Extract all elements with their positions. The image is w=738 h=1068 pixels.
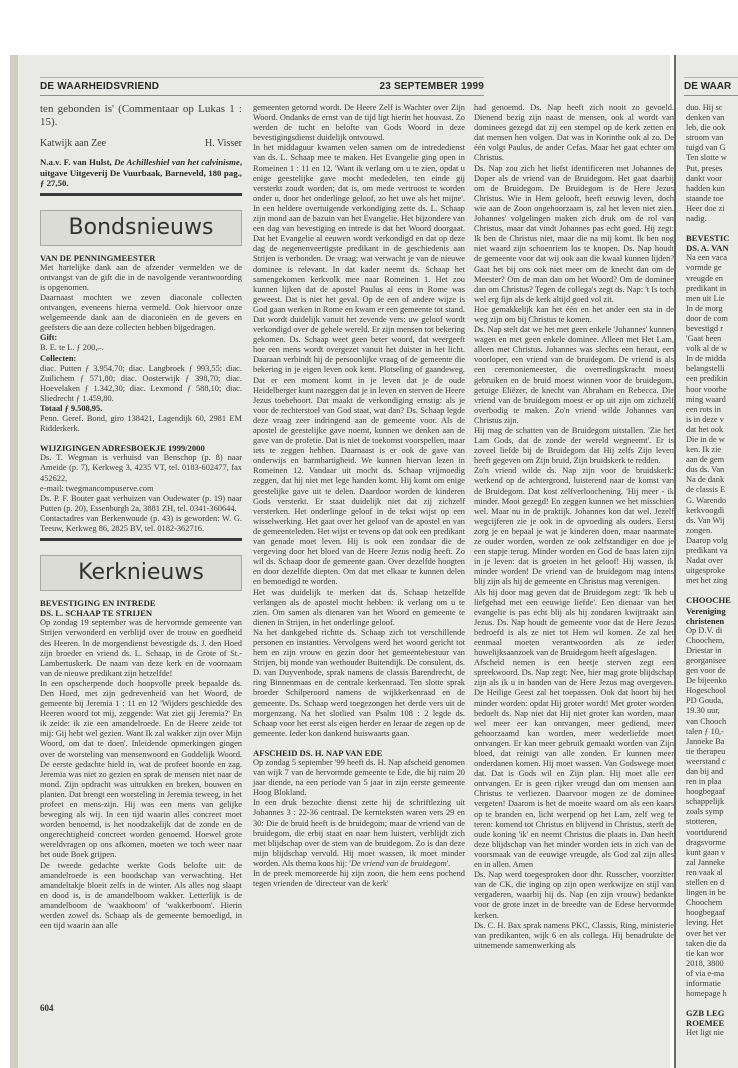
running-head-right: DE WAAR [684,77,738,96]
page-number: 604 [40,1003,54,1013]
publication-title: DE WAARHEIDSVRIEND [40,81,159,92]
sermon-theme: De vriend van de bruidegom [351,859,447,868]
paragraph: Zo'n vriend wilde ds. Nap zijn voor de b… [474,466,674,587]
gift-value: B. E. te L. ƒ 200,–. [40,343,242,353]
signature-place: Katwijk aan Zee [40,139,106,149]
section-divider [40,538,242,541]
paragraph: had genoemd. Ds. Nap heeft zich nooit zo… [474,103,674,164]
paragraph: In de preek memoreerde hij zijn zoon, di… [253,869,465,889]
paragraph: Hij mag de schatten van de Bruidegom uit… [474,426,674,466]
section-banner-bondsnieuws: Bondsnieuws [40,210,242,246]
gift-label: Gift: [40,333,242,343]
paragraph: Na het dankgebed richtte ds. Schaap zich… [253,628,465,739]
article-heading-afscheid-nap: AFSCHEID DS. H. NAP VAN EDE [253,748,465,758]
issue-date: 23 SEPTEMBER 1999 [379,81,484,92]
paragraph: De tweede gedachte werkte Gods belofte u… [40,861,242,932]
paragraph: Met hartelijke dank aan de afzender verm… [40,263,242,293]
penning-address: Penn. Geref. Bond, giro 138421, Lagendij… [40,414,242,434]
column-2: gemeenten getornd wordt. De Heere Zelf i… [253,103,465,889]
right-lines-c: Op D.V. diChoochem,Driestar ingeorganise… [686,626,738,999]
right-page-partial: DE WAAR duo. Hij scdenken vanleb, die oo… [674,55,738,1068]
paragraph: Op zondag 19 september was de hervormde … [40,618,242,679]
paragraph: In een druk bezochte dienst zette hij de… [253,798,465,869]
paragraph: Op zondag 5 september '99 heeft ds. H. N… [253,758,465,798]
right-lines-a: duo. Hij scdenken vanleb, die ookstroom … [686,103,738,224]
article-heading-bevestiging: BEVESTIGING EN INTREDE [40,598,242,608]
collecten-label: Collecten: [40,354,242,364]
paragraph: In een opscherpende doch hoopvolle preek… [40,679,242,861]
paragraph: In het middaguur kwamen velen samen om d… [253,143,465,587]
paragraph: Ds. Nap zou zich het liefst identificere… [474,164,674,305]
email-address: e-mail: twegmancompuserve.com [40,484,242,494]
right-heading: GZB LEG [686,1008,738,1018]
column-3: had genoemd. Ds. Nap heeft zich nooit zo… [474,103,674,951]
book-title: De Achilleshiel van het calvinisme [114,157,240,167]
collecten-value: diac. Putten ƒ 3.954,70; diac. Langbroek… [40,364,242,404]
paragraph: Ds. C. H. Bax sprak namens PKC, Classis,… [474,921,674,951]
paragraph: Ds. P. F. Bouter gaat verhuizen van Oude… [40,494,242,514]
right-heading: DS. A. VAN [686,243,738,253]
signature-name: H. Visser [205,139,242,149]
paragraph: Ds. T. Wegman is verhuisd van Benschop (… [40,453,242,483]
article-heading-adresboekje: WIJZIGINGEN ADRESBOEKJE 1999/2000 [40,443,242,453]
paragraph: Hoe gemakkelijk kan het één en het ander… [474,305,674,325]
left-page: DE WAARHEIDSVRIEND 23 SEPTEMBER 1999 ten… [10,55,670,1068]
article-heading-penningmeester: VAN DE PENNINGMEESTER [40,253,242,263]
right-heading: CHOOCHE [686,595,738,605]
paragraph: Het was duidelijk te merken dat ds. Scha… [253,588,465,628]
review-signature: Katwijk aan Zee H. Visser [40,139,242,149]
right-page-column: duo. Hij scdenken vanleb, die ookstroom … [686,103,738,1038]
right-heading: Vereniging [686,606,738,616]
right-heading: BEVESTIC [686,233,738,243]
paragraph: Afscheid nemen is een beetje sterven zeg… [474,658,674,870]
right-lines-b: Na een vacavormde gevreugde enpredikant … [686,253,738,586]
totaal: Totaal ƒ 9.508,95. [40,404,242,414]
article-heading-bevestiging-sub: DS. L. SCHAAP TE STRIJEN [40,608,242,618]
review-closing-text: ten gebonden is' (Commentaar op Lukas 1 … [40,103,242,129]
running-head: DE WAARHEIDSVRIEND 23 SEPTEMBER 1999 [40,77,484,96]
paragraph: Contactadres van Berkenwoude (p. 43) is … [40,514,242,534]
paragraph: Ds. Nap stelt dat we het met geen enkele… [474,325,674,426]
paragraph: Ds. Nap werd toegesproken door dhr. Russ… [474,870,674,920]
paragraph: Als hij door mag geven dat de Bruidegom … [474,588,674,659]
paragraph: gemeenten getornd wordt. De Heere Zelf i… [253,103,465,143]
column-1: ten gebonden is' (Commentaar op Lukas 1 … [40,103,242,931]
right-heading: christenen [686,616,738,626]
paragraph: Daarnaast mochten we zeven diaconale col… [40,293,242,333]
right-heading: ROEMEE [686,1018,738,1028]
book-reference: N.a.v. F. van Hulst, De Achilleshiel van… [40,157,242,196]
section-banner-kerknieuws: Kerknieuws [40,555,242,591]
